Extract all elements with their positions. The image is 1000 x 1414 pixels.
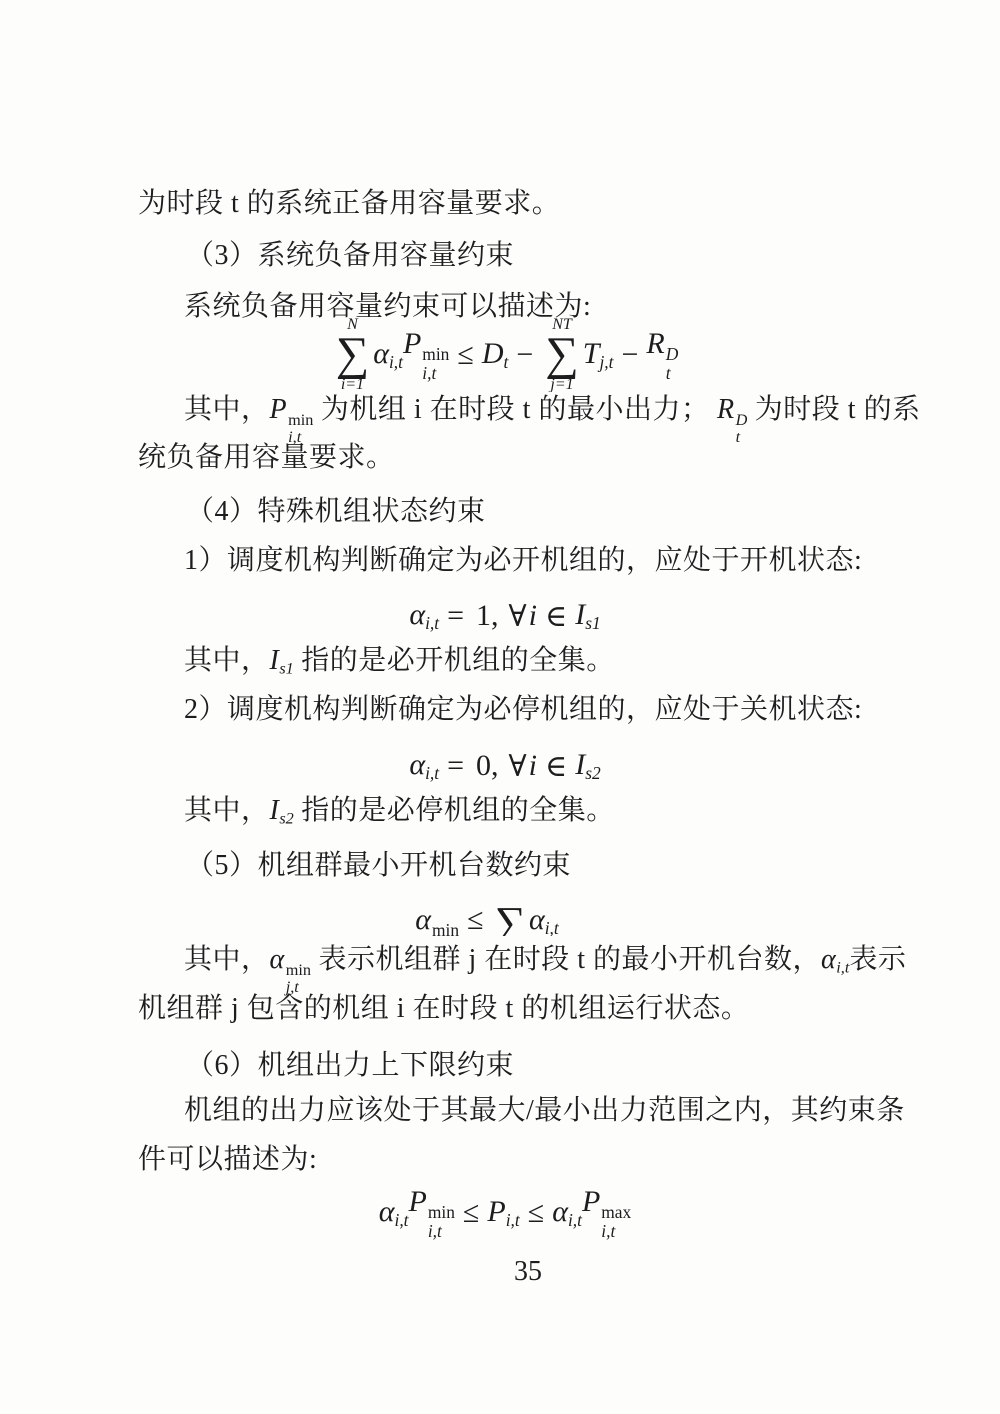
formula-min-online-units: αminj,t≤∑αi,t — [106, 903, 868, 936]
page-number: 35 — [138, 1254, 918, 1290]
section-heading-5: （5）机组群最小开机台数约束 — [186, 848, 571, 884]
body-text-line: 1）调度机构判断确定为必开机组的，应处于开机状态: — [184, 543, 862, 579]
summation-symbol: N∑i=1 — [336, 318, 370, 392]
body-text-line: 件可以描述为: — [138, 1142, 317, 1178]
formula-output-limits: αi,tPmini,t≤Pi,t≤αi,tPmaxi,t — [124, 1186, 886, 1240]
body-text-line: 其中，Pmini,t 为机组 i 在时段 t 的最小出力； RDt 为时段 t … — [184, 392, 921, 447]
summation-symbol: NT∑j=1 — [545, 318, 579, 392]
formula-load-reserve-constraint: N∑i=1αi,tPmini,t≤Dt−NT∑j=1Tj,t−RDt — [124, 318, 886, 392]
body-text-line: 为时段 t 的系统正备用容量要求。 — [138, 186, 560, 222]
body-text-line: 机组的出力应该处于其最大/最小出力范围之内，其约束条 — [184, 1093, 905, 1129]
body-text-line: 机组群 j 包含的机组 i 在时段 t 的机组运行状态。 — [138, 991, 749, 1027]
document-page: 为时段 t 的系统正备用容量要求。 （3）系统负备用容量约束 系统负备用容量约束… — [0, 0, 1000, 1414]
section-heading-3: （3）系统负备用容量约束 — [186, 238, 514, 274]
body-text-line: 其中，Is1 指的是必开机组的全集。 — [184, 643, 615, 687]
body-text-line: 其中，αminj,t 表示机组群 j 在时段 t 的最小开机台数，αi,t表示 — [184, 942, 906, 997]
body-text-line: 2）调度机构判断确定为必停机组的，应处于关机状态: — [184, 692, 862, 728]
formula-must-on-units: αi,t=1,∀i∈Is1 — [124, 592, 886, 640]
body-text-line: 其中，Is2 指的是必停机组的全集。 — [184, 793, 615, 837]
section-heading-6: （6）机组出力上下限约束 — [186, 1048, 514, 1084]
section-heading-4: （4）特殊机组状态约束 — [186, 494, 486, 530]
body-text-line: 统负备用容量要求。 — [138, 440, 395, 476]
formula-must-off-units: αi,t=0,∀i∈Is2 — [124, 742, 886, 790]
